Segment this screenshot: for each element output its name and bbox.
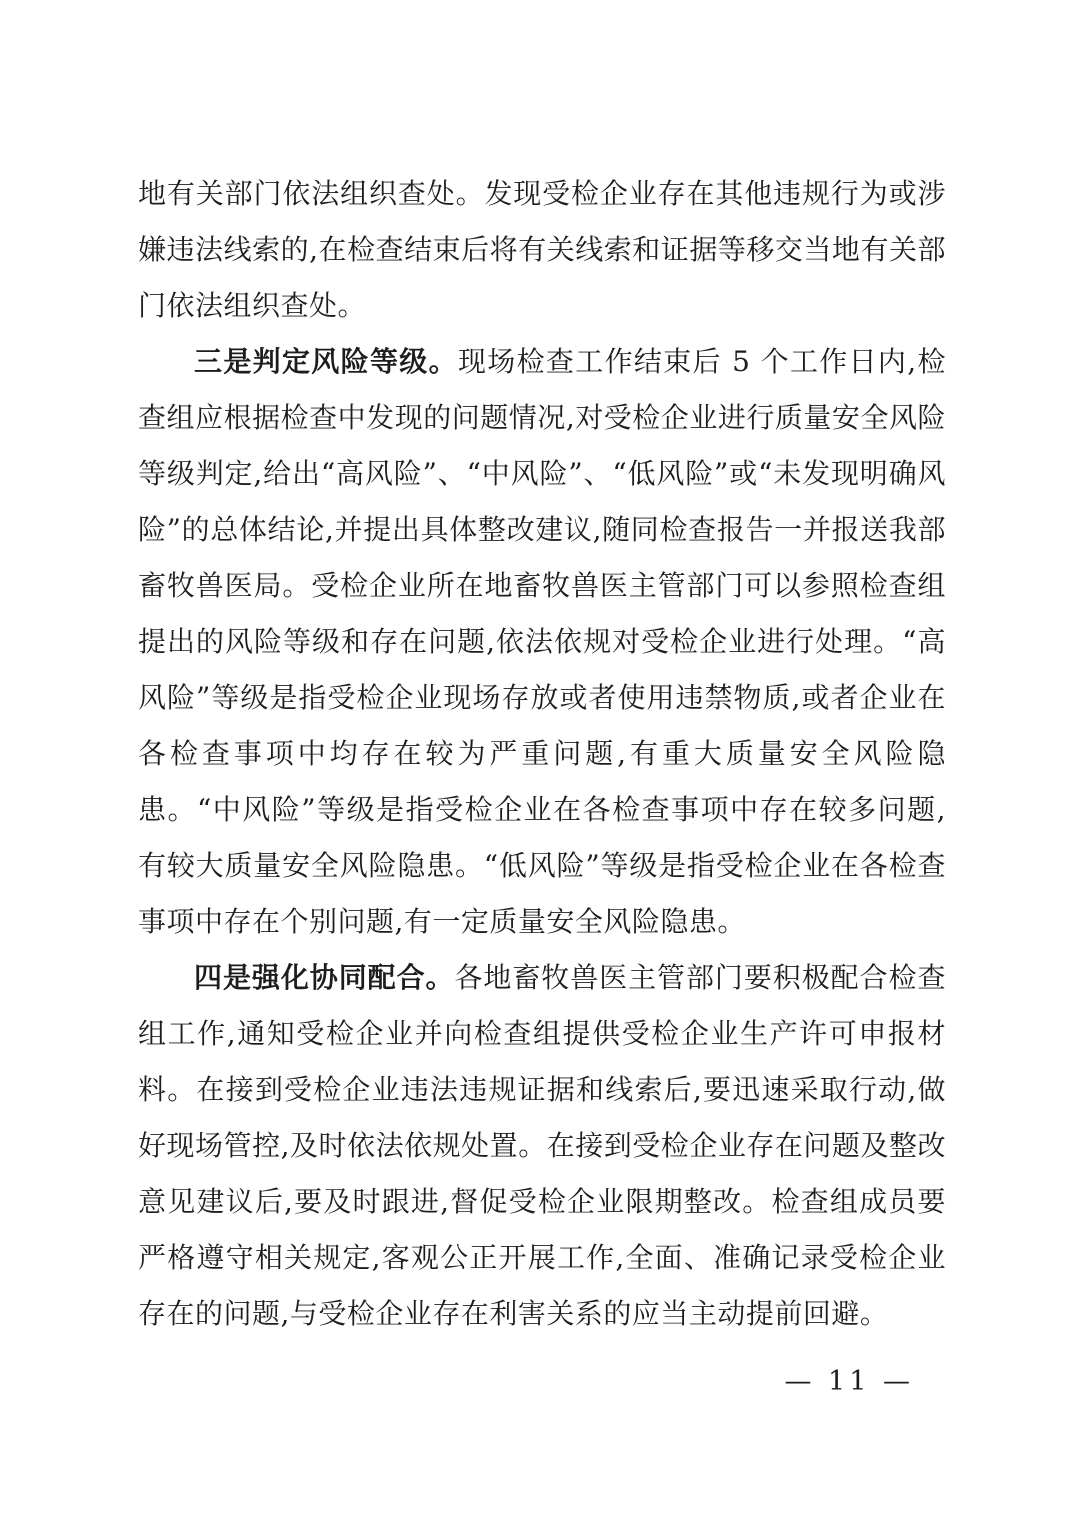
page-number: — 11 — [784, 1366, 914, 1397]
paragraph-continuation: 地有关部门依法组织查处。发现受检企业存在其他违规行为或涉嫌违法线索的,在检查结束… [138, 166, 946, 334]
document-page: 地有关部门依法组织查处。发现受检企业存在其他违规行为或涉嫌违法线索的,在检查结束… [0, 0, 1080, 1527]
paragraph-risk-grading: 三是判定风险等级。现场检查工作结束后 5 个工作日内,检查组应根据检查中发现的问… [138, 334, 946, 950]
paragraph-text: 地有关部门依法组织查处。发现受检企业存在其他违规行为或涉嫌违法线索的,在检查结束… [138, 177, 946, 322]
paragraph-text: 各地畜牧兽医主管部门要积极配合检查组工作,通知受检企业并向检查组提供受检企业生产… [138, 961, 946, 1330]
paragraph-lead-bold: 四是强化协同配合。 [194, 961, 454, 994]
document-body: 地有关部门依法组织查处。发现受检企业存在其他违规行为或涉嫌违法线索的,在检查结束… [138, 166, 946, 1342]
paragraph-coordination: 四是强化协同配合。各地畜牧兽医主管部门要积极配合检查组工作,通知受检企业并向检查… [138, 950, 946, 1342]
paragraph-text: 现场检查工作结束后 5 个工作日内,检查组应根据检查中发现的问题情况,对受检企业… [138, 345, 946, 938]
paragraph-lead-bold: 三是判定风险等级。 [194, 345, 458, 378]
